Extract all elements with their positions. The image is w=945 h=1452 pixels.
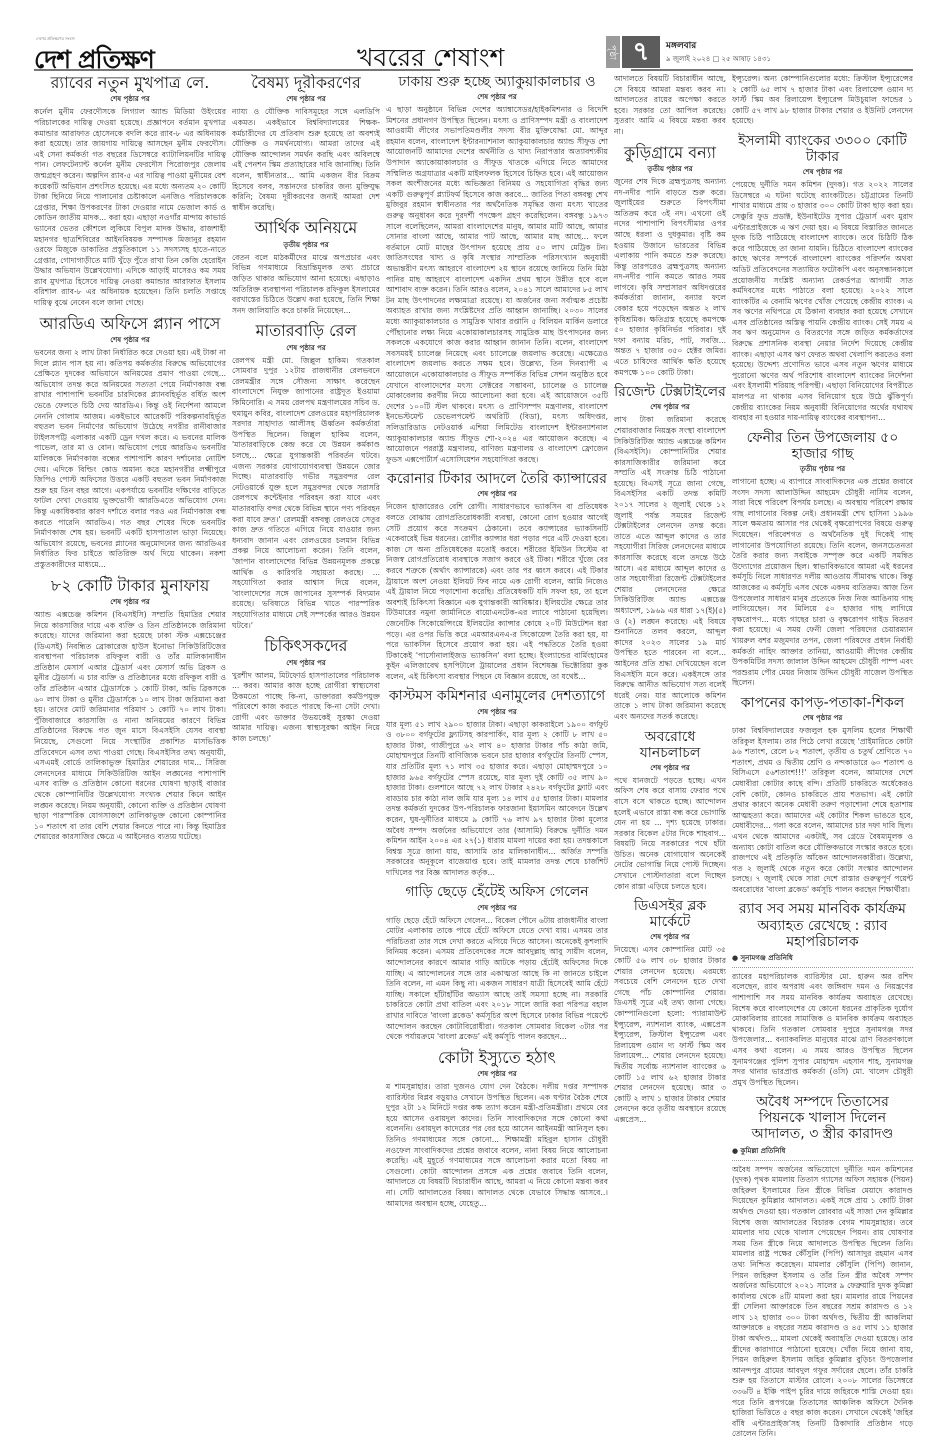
continued-label: শেষ পৃষ্ঠার পর xyxy=(34,334,226,346)
article-body: যার মূল্য ৫১ লাখ ২৯০০ হাজার টাকা। এছাড়া… xyxy=(386,720,608,879)
issue-date: ৯ জুলাই ২০২৪ □ ২৫ আষাঢ় ১৪৩১ xyxy=(666,53,771,65)
column-4: আদালতে বিষয়টি বিচারাধীন আছে, সে বিষয়ে … xyxy=(614,74,726,1444)
article-insurance-tail: ইন্স্যুরেন্স। অন্য কোম্পানিগুলোর মধ্যে: … xyxy=(732,74,913,127)
article-body: ন্যায্য ও যৌক্তিক দাবিসমূহের সঙ্গে এলডিপ… xyxy=(232,107,380,213)
article-body: লাখ টাকা জরিমানা করেছে শেয়ারবাজার নিয়ন… xyxy=(614,415,726,722)
continued-label: শেষ পৃষ্ঠার পর xyxy=(386,91,608,103)
article-titas-peon: অবৈধ সম্পদে তিতাসের পিয়নকে খালাস দিলেন … xyxy=(732,1094,913,1440)
headline: অবরোধে যানচলাচল xyxy=(614,729,726,761)
article-profit-82cr: ৮২ কোটি টাকার মুনাফায় শেষ পৃষ্ঠার পর অ্… xyxy=(34,577,226,843)
continued-label: শেষ পৃষ্ঠার পর xyxy=(732,166,913,178)
issue-day: মঙ্গলবার xyxy=(666,38,696,53)
continued-label: শেষ পৃষ্ঠার পর xyxy=(386,902,608,914)
article-car-left-walked: গাড়ি ছেড়ে হেঁটেই অফিস গেলেন শেষ পৃষ্ঠা… xyxy=(386,884,608,1042)
masthead-divider-right xyxy=(631,69,913,71)
article-rab-spokesperson: র‍্যাবের নতুন মুখপাত্র লে. শেষ পৃষ্ঠার প… xyxy=(34,74,226,309)
headline: কোটা ইস্যুতে হঠাৎ xyxy=(386,1049,608,1067)
byline: ● সুনামগঞ্জ প্রতিনিধি xyxy=(732,950,913,968)
continued-label: শেষ পৃষ্ঠার পর xyxy=(34,596,226,608)
article-body: এ ছাড়া অনুষ্ঠানে বিভিন্ন দেশের অ্যাম্বা… xyxy=(386,105,608,465)
article-blockade-traffic: অবরোধে যানচলাচল শেষ পৃষ্ঠার পর পথে যানজট… xyxy=(614,729,726,893)
article-aquaculture: ঢাকায় শুরু হচ্ছে অ্যাকুয়াকালচার ও শেষ … xyxy=(386,74,608,465)
continued-label: শেষ পৃষ্ঠার পর xyxy=(732,712,913,724)
article-body: খুরশীদ আলম, মিটফোর্ড হাসপাতালের পরিচালক … xyxy=(232,671,380,745)
headline: আর্থিক অনিয়মে xyxy=(232,219,380,237)
article-kurigram-flood: কুড়িগ্রামে বন্যা তৃতীয় পৃষ্ঠার পর জুনে… xyxy=(614,144,726,379)
continued-label: শেষ পৃষ্ঠার পর xyxy=(386,488,608,500)
continued-label: শেষ পৃষ্ঠার পর xyxy=(232,93,380,105)
continued-label: তৃতীয় পৃষ্ঠার পর xyxy=(232,239,380,251)
article-quota-sudden: কোটা ইস্যুতে হঠাৎ শেষ পৃষ্ঠার পর ম শামসু… xyxy=(386,1049,608,1210)
continued-label: শেষ পৃষ্ঠার পর xyxy=(232,342,380,354)
headline: করোনার টিকার আদলে তৈরি ক্যান্সারের xyxy=(386,471,608,487)
headline: ইসলামী ব্যাংকের ৩৩০০ কোটি টাকার xyxy=(732,133,913,165)
article-islami-bank: ইসলামী ব্যাংকের ৩৩০০ কোটি টাকার শেষ পৃষ্… xyxy=(732,133,913,424)
page-number: ৭ xyxy=(622,36,660,68)
article-body: গাড়ি ছেড়ে হেঁটে অফিসে গেলেন... বিকেল প… xyxy=(386,916,608,1043)
continued-label: তৃতীয় পৃষ্ঠার পর xyxy=(732,463,913,475)
column-1: র‍্যাবের নতুন মুখপাত্র লে. শেষ পৃষ্ঠার প… xyxy=(34,74,226,1444)
masthead-divider xyxy=(34,69,440,71)
article-body: পথে যানজটে পড়তে হচ্ছে। এখন অফিস শেষ করে… xyxy=(614,776,726,893)
article-matarbari-rail: মাতারবাড়ি রেল শেষ পৃষ্ঠার পর রেলপথ মন্ত… xyxy=(232,322,380,631)
article-rda-office: আরডিএ অফিসে প্ল্যান পাসে শেষ পৃষ্ঠার পর … xyxy=(34,315,226,571)
article-body: নিজেন হাজারেরও বেশি রোগী। সাধারণভাবে ভ্য… xyxy=(386,502,608,682)
article-body: রেলপথ মন্ত্রী মো. জিল্লুল হাকিম। গতকাল স… xyxy=(232,356,380,631)
headline: মাতারবাড়ি রেল xyxy=(232,322,380,340)
article-body: পেয়েছে দুর্নীতি দমন কমিশন (দুদক)। গত ২০… xyxy=(732,180,913,424)
article-dse-block-market: ডিএসইর ব্লক মার্কেটে শেষ পৃষ্ঠার পর নিয়… xyxy=(614,898,726,1125)
article-body: আদালতে বিষয়টি বিচারাধীন আছে, সে বিষয়ে … xyxy=(614,74,726,138)
headline: রিজেন্ট টেক্সটাইলের xyxy=(614,384,726,400)
article-body: র‍্যাবের মহাপরিচালক ব্যারিস্টার মো. হারু… xyxy=(732,972,913,1089)
continued-label: শেষ পৃষ্ঠার পর xyxy=(386,706,608,718)
article-feni-trees: ফেনীর তিন উপজেলায় ৫০ হাজার গাছ তৃতীয় প… xyxy=(732,430,913,689)
article-kaponer-flag: কাপনের কাপড়-পতাকা-শিকল শেষ পৃষ্ঠার পর ঢ… xyxy=(732,695,913,896)
article-customs: কাস্টমস কমিশনার এনামুলের দেশত্যাগে শেষ প… xyxy=(386,688,608,878)
headline: ৮২ কোটি টাকার মুনাফায় xyxy=(34,577,226,595)
article-financial-irregularity: আর্থিক অনিয়মে তৃতীয় পৃষ্ঠার পর বেতন বল… xyxy=(232,219,380,316)
article-regent-textile: রিজেন্ট টেক্সটাইলের শেষ পৃষ্ঠার পর লাখ ট… xyxy=(614,384,726,722)
article-body: জুনের শেষ দিকে ব্রহ্মপুত্রসহ অন্যান্য নদ… xyxy=(614,177,726,378)
page-label: পৃষ্ঠা xyxy=(606,36,620,68)
continued-label: শেষ পৃষ্ঠার পর xyxy=(614,401,726,413)
continued-label: শেষ পৃষ্ঠার পর xyxy=(614,931,726,943)
continued-label: শেষ পৃষ্ঠার পর xyxy=(232,657,380,669)
headline: ফেনীর তিন উপজেলায় ৫০ হাজার গাছ xyxy=(732,430,913,462)
byline: ● কুমিল্লা প্রতিনিধি xyxy=(732,1143,913,1161)
article-body: কর্নেল মুনীম ফেরদৌসকে লিগ্যাল অ্যান্ড মি… xyxy=(34,107,226,308)
article-body: বেতন বলে মাঠকর্মীদের মাঝে অপপ্রচার এবং ব… xyxy=(232,253,380,317)
continued-label: তৃতীয় পৃষ্ঠার পর xyxy=(614,163,726,175)
article-body: অবৈধ সম্পদ অর্জনের অভিযোগে দুর্নীতি দমন … xyxy=(732,1165,913,1440)
headline: ঢাকায় শুরু হচ্ছে অ্যাকুয়াকালচার ও xyxy=(386,74,608,90)
headline: কাস্টমস কমিশনার এনামুলের দেশত্যাগে xyxy=(386,688,608,704)
headline: কুড়িগ্রামে বন্যা xyxy=(614,144,726,162)
headline: গাড়ি ছেড়ে হেঁটেই অফিস গেলেন xyxy=(386,884,608,900)
headline: র‍্যাবের নতুন মুখপাত্র লে. xyxy=(34,74,226,92)
continued-label: শেষ পৃষ্ঠার পর xyxy=(34,93,226,105)
column-2: বৈষম্য দূরীকরণের শেষ পৃষ্ঠার পর ন্যায্য … xyxy=(232,74,380,1444)
article-rab-humanitarian: র‍্যাব সব সময় মানবিক কার্যক্রম অব্যাহত … xyxy=(732,901,913,1088)
article-body: লাগানো হচ্ছে। এ ব্যাপারে সাংবাদিকদের এক … xyxy=(732,477,913,689)
headline: অবৈধ সম্পদে তিতাসের পিয়নকে খালাস দিলেন … xyxy=(732,1094,913,1142)
headline: কাপনের কাপড়-পতাকা-শিকল xyxy=(732,695,913,711)
article-court-tail: আদালতে বিষয়টি বিচারাধীন আছে, সে বিষয়ে … xyxy=(614,74,726,138)
article-body: ইন্স্যুরেন্স। অন্য কোম্পানিগুলোর মধ্যে: … xyxy=(732,74,913,127)
article-cancer-vaccine: করোনার টিকার আদলে তৈরি ক্যান্সারের শেষ প… xyxy=(386,471,608,682)
masthead: দেশের প্রতিক্ষণের সংবাদ দেশ প্রতিক্ষণ খব… xyxy=(34,36,914,70)
article-body: ভবনের জন্য ২ লাখ টাকা নির্ধারিত করে দেওয… xyxy=(34,348,226,570)
headline: র‍্যাব সব সময় মানবিক কার্যক্রম অব্যাহত … xyxy=(732,901,913,949)
column-5: ইন্স্যুরেন্স। অন্য কোম্পানিগুলোর মধ্যে: … xyxy=(732,74,913,1444)
headline: বৈষম্য দূরীকরণের xyxy=(232,74,380,92)
article-body: নিয়েছে। এসব কোম্পানির মোট ৩৫ কোটি ৫৬ লা… xyxy=(614,945,726,1125)
article-body: ম শামসুন্নাহার। তারা দুজনও যোগ দেন বৈঠকে… xyxy=(386,1082,608,1209)
headline: ডিএসইর ব্লক মার্কেটে xyxy=(614,898,726,930)
article-body: ঢাকা বিশ্ববিদ্যালয়ের ফজলুল হক মুসলিম হল… xyxy=(732,726,913,896)
headline: আরডিএ অফিসে প্ল্যান পাসে xyxy=(34,315,226,333)
headline: চিকিৎসকদের xyxy=(232,637,380,655)
column-3: ঢাকায় শুরু হচ্ছে অ্যাকুয়াকালচার ও শেষ … xyxy=(386,74,608,1444)
article-discrimination: বৈষম্য দূরীকরণের শেষ পৃষ্ঠার পর ন্যায্য … xyxy=(232,74,380,213)
article-doctors: চিকিৎসকদের শেষ পৃষ্ঠার পর খুরশীদ আলম, মি… xyxy=(232,637,380,745)
continued-label: শেষ পৃষ্ঠার পর xyxy=(614,762,726,774)
article-body: অ্যান্ড এক্সচেঞ্জ কমিশন (বিএসইসি) সম্প্র… xyxy=(34,610,226,843)
continued-label: শেষ পৃষ্ঠার পর xyxy=(386,1068,608,1080)
